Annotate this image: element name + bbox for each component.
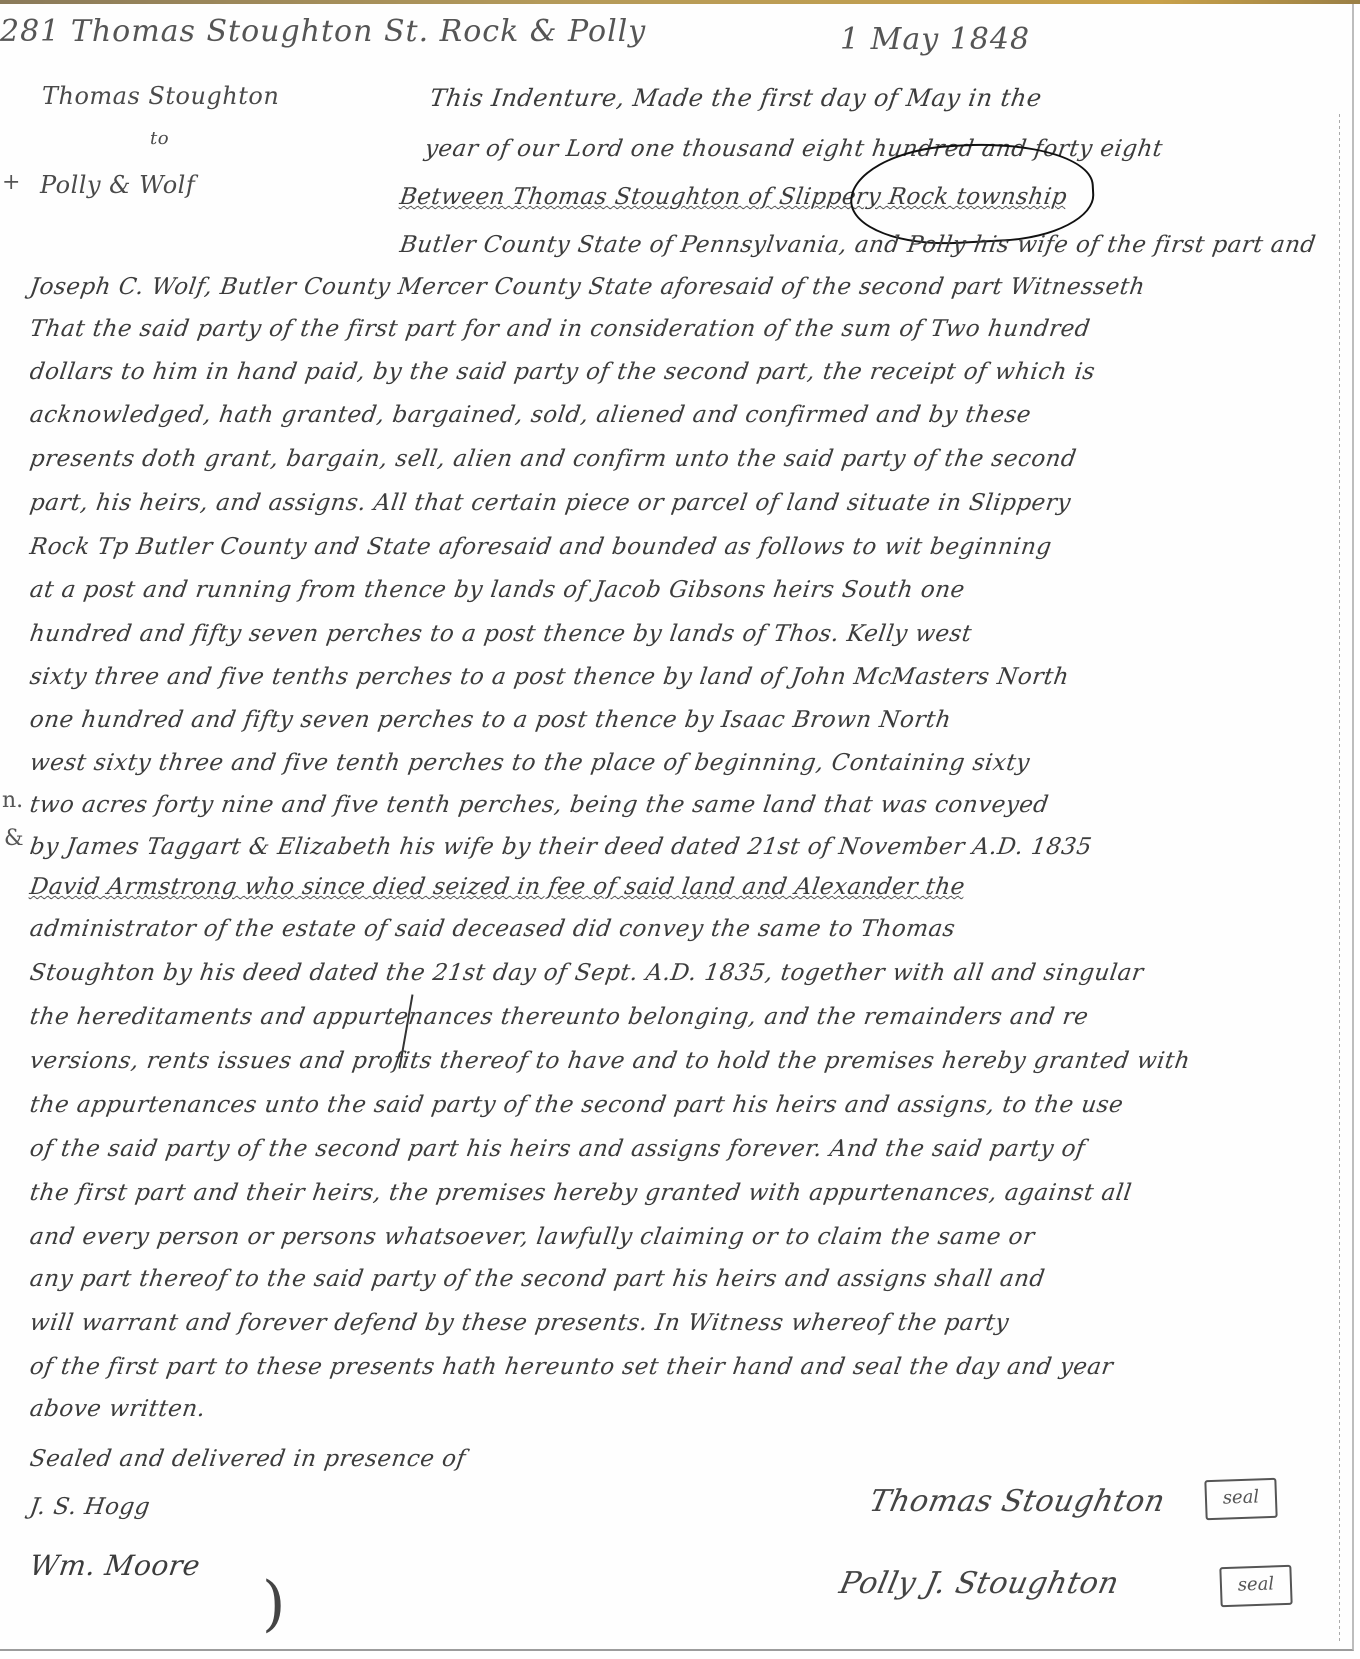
body-line-12: at a post and running from thence by lan… [28,577,966,603]
record-title: Thomas Stoughton St. Rock & Polly [71,14,646,49]
margin-mark-plus: + [2,170,20,195]
body-line-23: versions, rents issues and profits there… [28,1048,1192,1074]
body-line-20: administrator of the estate of said dece… [28,916,957,942]
body-line-28: any part thereof to the said party of th… [28,1266,1046,1292]
margin-grantee: Polly & Wolf [40,171,195,199]
body-line-1: This Indenture, Made the first day of Ma… [428,84,1044,112]
witness-bracket: ) [262,1569,285,1639]
body-line-8: acknowledged, hath granted, bargained, s… [28,402,1033,428]
document-page: 281 Thomas Stoughton St. Rock & Polly 1 … [0,4,1354,1651]
body-line-17: two acres forty nine and five tenth perc… [28,792,1050,818]
margin-to: to [150,128,169,149]
margin-grantor: Thomas Stoughton [42,82,279,110]
body-line-10: part, his heirs, and assigns. All that c… [28,490,1072,516]
body-line-7: dollars to him in hand paid, by the said… [28,359,1097,385]
record-date: 1 May 1848 [840,22,1030,57]
body-line-24: the appurtenances unto the said party of… [28,1092,1125,1118]
body-line-18: by James Taggart & Elizabeth his wife by… [28,834,1093,860]
body-line-19: David Armstrong who since died seized in… [28,874,966,900]
body-line-21: Stoughton by his deed dated the 21st day… [28,960,1145,986]
page-edge-rule [1339,114,1340,1644]
margin-mark-n: n. [2,788,23,813]
body-line-31: above written. [28,1396,207,1422]
body-line-5: Joseph C. Wolf, Butler County Mercer Cou… [28,274,1147,300]
body-line-6: That the said party of the first part fo… [28,316,1092,342]
attestation-label: Sealed and delivered in presence of [28,1446,467,1472]
record-number: 281 [0,14,60,49]
body-line-27: and every person or persons whatsoever, … [28,1224,1036,1250]
body-line-13: hundred and fifty seven perches to a pos… [28,621,973,647]
signature-thomas: Thomas Stoughton [866,1484,1168,1519]
body-line-22: the hereditaments and appurtenances ther… [28,1004,1090,1030]
body-line-29: will warrant and forever defend by these… [28,1310,1010,1336]
seal-box-2: seal [1219,1565,1292,1607]
witness-1: J. S. Hogg [28,1494,152,1520]
signature-polly: Polly J. Stoughton [836,1566,1122,1601]
record-header: 281 Thomas Stoughton St. Rock & Polly [0,14,646,49]
body-line-9: presents doth grant, bargain, sell, alie… [28,446,1078,472]
seal-box-1: seal [1204,1478,1277,1520]
body-line-11: Rock Tp Butler County and State aforesai… [28,534,1053,560]
witness-2: Wm. Moore [28,1549,203,1582]
body-line-16: west sixty three and five tenth perches … [28,750,1031,776]
body-line-4: Butler County State of Pennsylvania, and… [398,232,1317,258]
body-line-26: the first part and their heirs, the prem… [28,1180,1133,1206]
body-line-14: sixty three and five tenths perches to a… [28,664,1071,690]
body-line-25: of the said party of the second part his… [28,1136,1087,1162]
body-line-15: one hundred and fifty seven perches to a… [28,707,953,733]
body-line-30: of the first part to these presents hath… [28,1354,1115,1380]
margin-mark-amp: & [4,826,24,851]
